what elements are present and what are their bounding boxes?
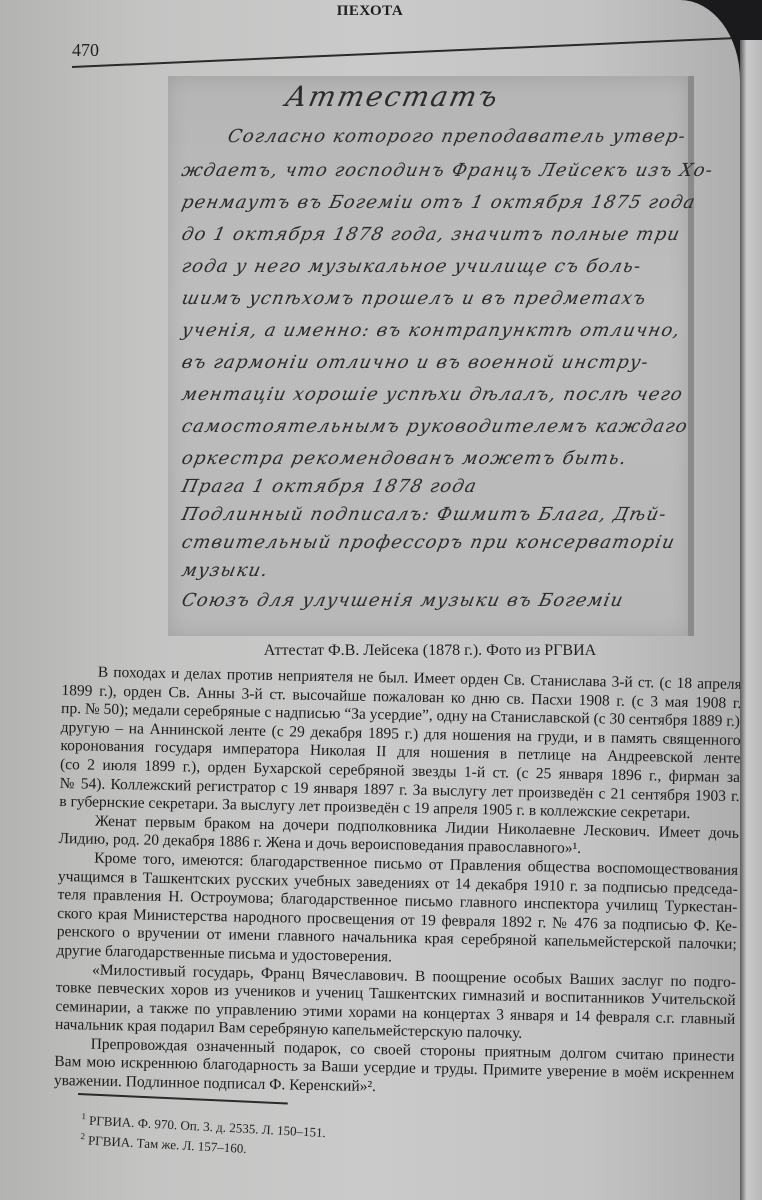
page-number: 470 <box>72 40 99 61</box>
manuscript-line: Прага 1 октября 1878 года <box>180 476 479 497</box>
footnote-mark: 1 <box>81 1111 86 1121</box>
footnote-rule <box>78 1093 288 1104</box>
footnote-mark: 2 <box>80 1131 85 1141</box>
manuscript-line: оркестра рекомендованъ можетъ быть. <box>180 448 629 469</box>
header-rule <box>72 37 731 68</box>
attestat-photo: Аттестатъ Согласно которого преподавател… <box>168 76 694 636</box>
footnotes: 1 РГВИА. Ф. 970. Оп. 3. д. 2535. Л. 150–… <box>80 1108 327 1161</box>
manuscript-line: ренмаутъ въ Богеміи отъ 1 октября 1875 г… <box>180 192 698 213</box>
manuscript-line: Союзъ для улучшенія музыки въ Богеміи <box>180 590 626 611</box>
manuscript-line: Согласно которого преподаватель утвер- <box>226 126 688 147</box>
manuscript-line: до 1 октября 1878 года, значитъ полные т… <box>180 224 683 245</box>
manuscript-line: ментаціи хорошіе успѣхи дѣлалъ, послѣ че… <box>180 384 685 405</box>
manuscript-line: ждаетъ, что господинъ Францъ Лейсекъ изъ… <box>180 160 716 181</box>
manuscript-line: шимъ успѣхомъ прошелъ и въ предметахъ <box>180 288 649 309</box>
body-text: В походах и делах против неприятеля не б… <box>54 663 742 1104</box>
footnote-text: РГВИА. Там же. Л. 157–160. <box>88 1133 247 1156</box>
manuscript-line: музыки. <box>180 560 271 581</box>
manuscript-line: Подлинный подписалъ: Фшмитъ Блага, Дѣй- <box>180 504 669 525</box>
manuscript-line: ствительный профессоръ при консерваторіи <box>180 532 678 553</box>
running-head: ПЕХОТА <box>0 3 740 20</box>
book-page: ПЕХОТА 470 Аттестатъ Согласно которого п… <box>0 0 740 1200</box>
page-edge <box>740 40 762 1200</box>
manuscript-line: въ гармоніи отлично и въ военной инстру- <box>180 352 651 373</box>
manuscript-line: года у него музыкальное училище съ боль- <box>180 256 644 277</box>
manuscript-line: самостоятельнымъ руководителемъ каждаго <box>180 416 690 437</box>
manuscript-title: Аттестатъ <box>282 80 502 113</box>
manuscript-line: ученія, а именно: въ контрапунктѣ отличн… <box>180 320 683 341</box>
figure-caption: Аттестат Ф.В. Лейсека (1878 г.). Фото из… <box>100 642 760 660</box>
